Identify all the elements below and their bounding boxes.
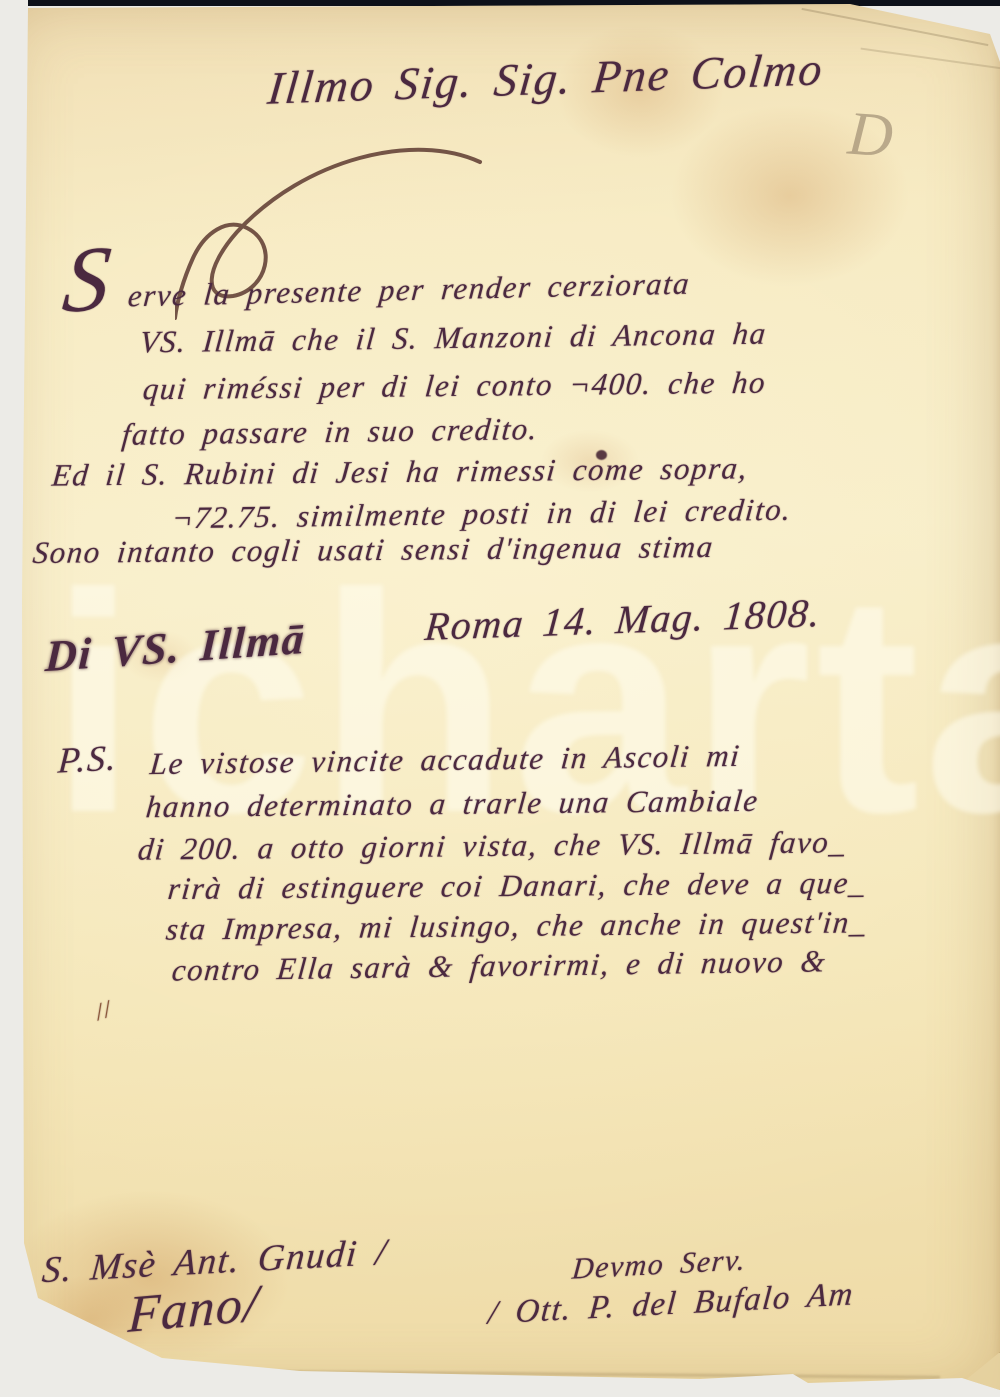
postscript-line: hanno determinato a trarle una Cambiale xyxy=(144,783,760,825)
salutation: Illmo Sig. Sig. Pne Colmo xyxy=(265,42,826,115)
drop-cap: S xyxy=(58,224,117,334)
letter-paper: icharta Illmo Sig. Sig. Pne Colmo D S er… xyxy=(0,0,1000,1397)
pencil-annotation: D xyxy=(846,98,897,172)
signature: / Ott. P. del Bufalo Am xyxy=(487,1276,856,1332)
postscript-line: sta Impresa, mi lusingo, che anche in qu… xyxy=(164,904,868,947)
scanned-letter: icharta Illmo Sig. Sig. Pne Colmo D S er… xyxy=(0,0,1000,1397)
postscript-line: di 200. a otto giorni vista, che VS. Ill… xyxy=(136,824,848,867)
body-line: Sono intanto cogli usati sensi d'ingenua… xyxy=(31,529,715,571)
dateline: Roma 14. Mag. 1808. xyxy=(423,589,823,650)
postscript-line: contro Ella sarà & favorirmi, e di nuovo… xyxy=(170,943,828,988)
postscript-line: rirà di estinguere coi Danari, che deve … xyxy=(166,865,868,907)
paper-crease xyxy=(802,8,989,46)
body-line: VS. Illmā che il S. Manzoni di Ancona ha xyxy=(138,316,768,361)
sender-line: Di VS. Illmā xyxy=(44,613,307,682)
ink-blot xyxy=(596,450,607,460)
body-line: qui riméssi per di lei conto ¬400. che h… xyxy=(141,365,768,408)
paper-crease xyxy=(861,48,1000,70)
body-line: fatto passare in suo credito. xyxy=(120,411,539,453)
closing-salutation: Devmo Serv. xyxy=(571,1243,748,1286)
addressee-city: Fano/ xyxy=(127,1274,261,1345)
paper-edge-shadow xyxy=(60,1368,940,1379)
postscript-label: P.S. xyxy=(57,736,119,781)
postscript-line: Le vistose vincite accadute in Ascoli mi xyxy=(148,738,742,782)
paper-fold-corner xyxy=(952,1352,1000,1391)
body-line: Ed il S. Rubini di Jesi ha rimessi come … xyxy=(50,450,749,493)
tick-mark: // xyxy=(92,996,116,1027)
